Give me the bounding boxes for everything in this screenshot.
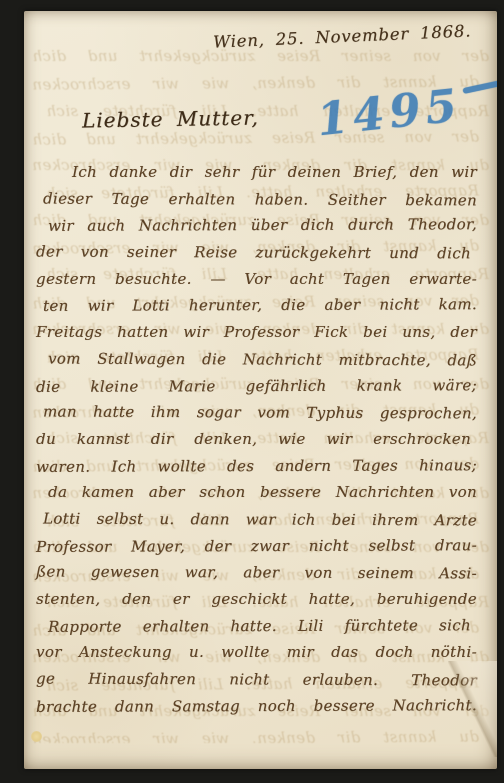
handwritten-line: ßen gewesen war, aber von seinem Assi- — [36, 559, 477, 588]
handwritten-line: Professor Mayer, der zwar nicht selbst d… — [36, 532, 477, 560]
handwritten-line: Ich danke dir sehr für deinen Brief, den… — [36, 159, 477, 186]
photograph-background: der von seiner Reise zurückgekehrt und d… — [0, 0, 504, 783]
handwritten-line: vor Ansteckung u. wollte mir das doch nö… — [36, 639, 477, 666]
handwritten-line: Rapporte erhalten hatte. Lili fürchtete … — [36, 612, 477, 640]
handwritten-line: Freitags hatten wir Professor Fick bei u… — [36, 319, 477, 346]
bleedthrough-line: du kannst dir denken, wie wir erschrocke… — [32, 724, 489, 743]
letter-page: der von seiner Reise zurückgekehrt und d… — [24, 11, 497, 769]
handwritten-line: stenten, den er geschickt hatte, beruhig… — [36, 586, 477, 613]
handwritten-line: brachte dann Samstag noch bessere Nachri… — [36, 692, 477, 720]
handwritten-line: ten wir Lotti herunter, die aber nicht k… — [36, 292, 477, 320]
handwritten-line: dieser Tage erhalten haben. Seither beka… — [36, 185, 477, 214]
handwritten-line: gestern besuchte. — Vor acht Tagen erwar… — [36, 266, 477, 293]
handwritten-line: du kannst dir denken, wie wir erschrocke… — [36, 426, 477, 453]
handwritten-line: man hatte ihm sogar vom Typhus gesproche… — [36, 399, 477, 428]
handwritten-line: waren. Ich wollte des andern Tages hinau… — [36, 452, 477, 480]
bleedthrough-line: du kannst dir denken, wie wir erschrocke… — [32, 69, 489, 99]
handwritten-line: ge Hinausfahren nicht erlauben. Theodor — [36, 666, 477, 695]
dateline: Wien, 25. November 1868. — [212, 21, 471, 51]
handwritten-line: vom Stallwagen die Nachricht mitbrachte,… — [36, 345, 477, 374]
handwritten-line: Lotti selbst u. dann war ich bei ihrem A… — [36, 505, 477, 534]
salutation: Liebste Mutter, — [82, 105, 259, 132]
handwritten-line: wir auch Nachrichten über dich durch The… — [36, 212, 477, 240]
crayon-dash-mark — [462, 80, 497, 94]
archive-number-digits: 1495 — [314, 78, 464, 146]
handwritten-line: die kleine Marie gefährlich krank wäre; — [36, 372, 477, 400]
handwritten-line: der von seiner Reise zurückgekehrt und d… — [36, 239, 477, 268]
letter-body: Ich danke dir sehr für deinen Brief, den… — [36, 159, 477, 719]
adhesive-spot — [31, 731, 42, 742]
handwritten-line: da kamen aber schon bessere Nachrichten … — [36, 479, 477, 506]
corner-crease — [448, 661, 497, 757]
